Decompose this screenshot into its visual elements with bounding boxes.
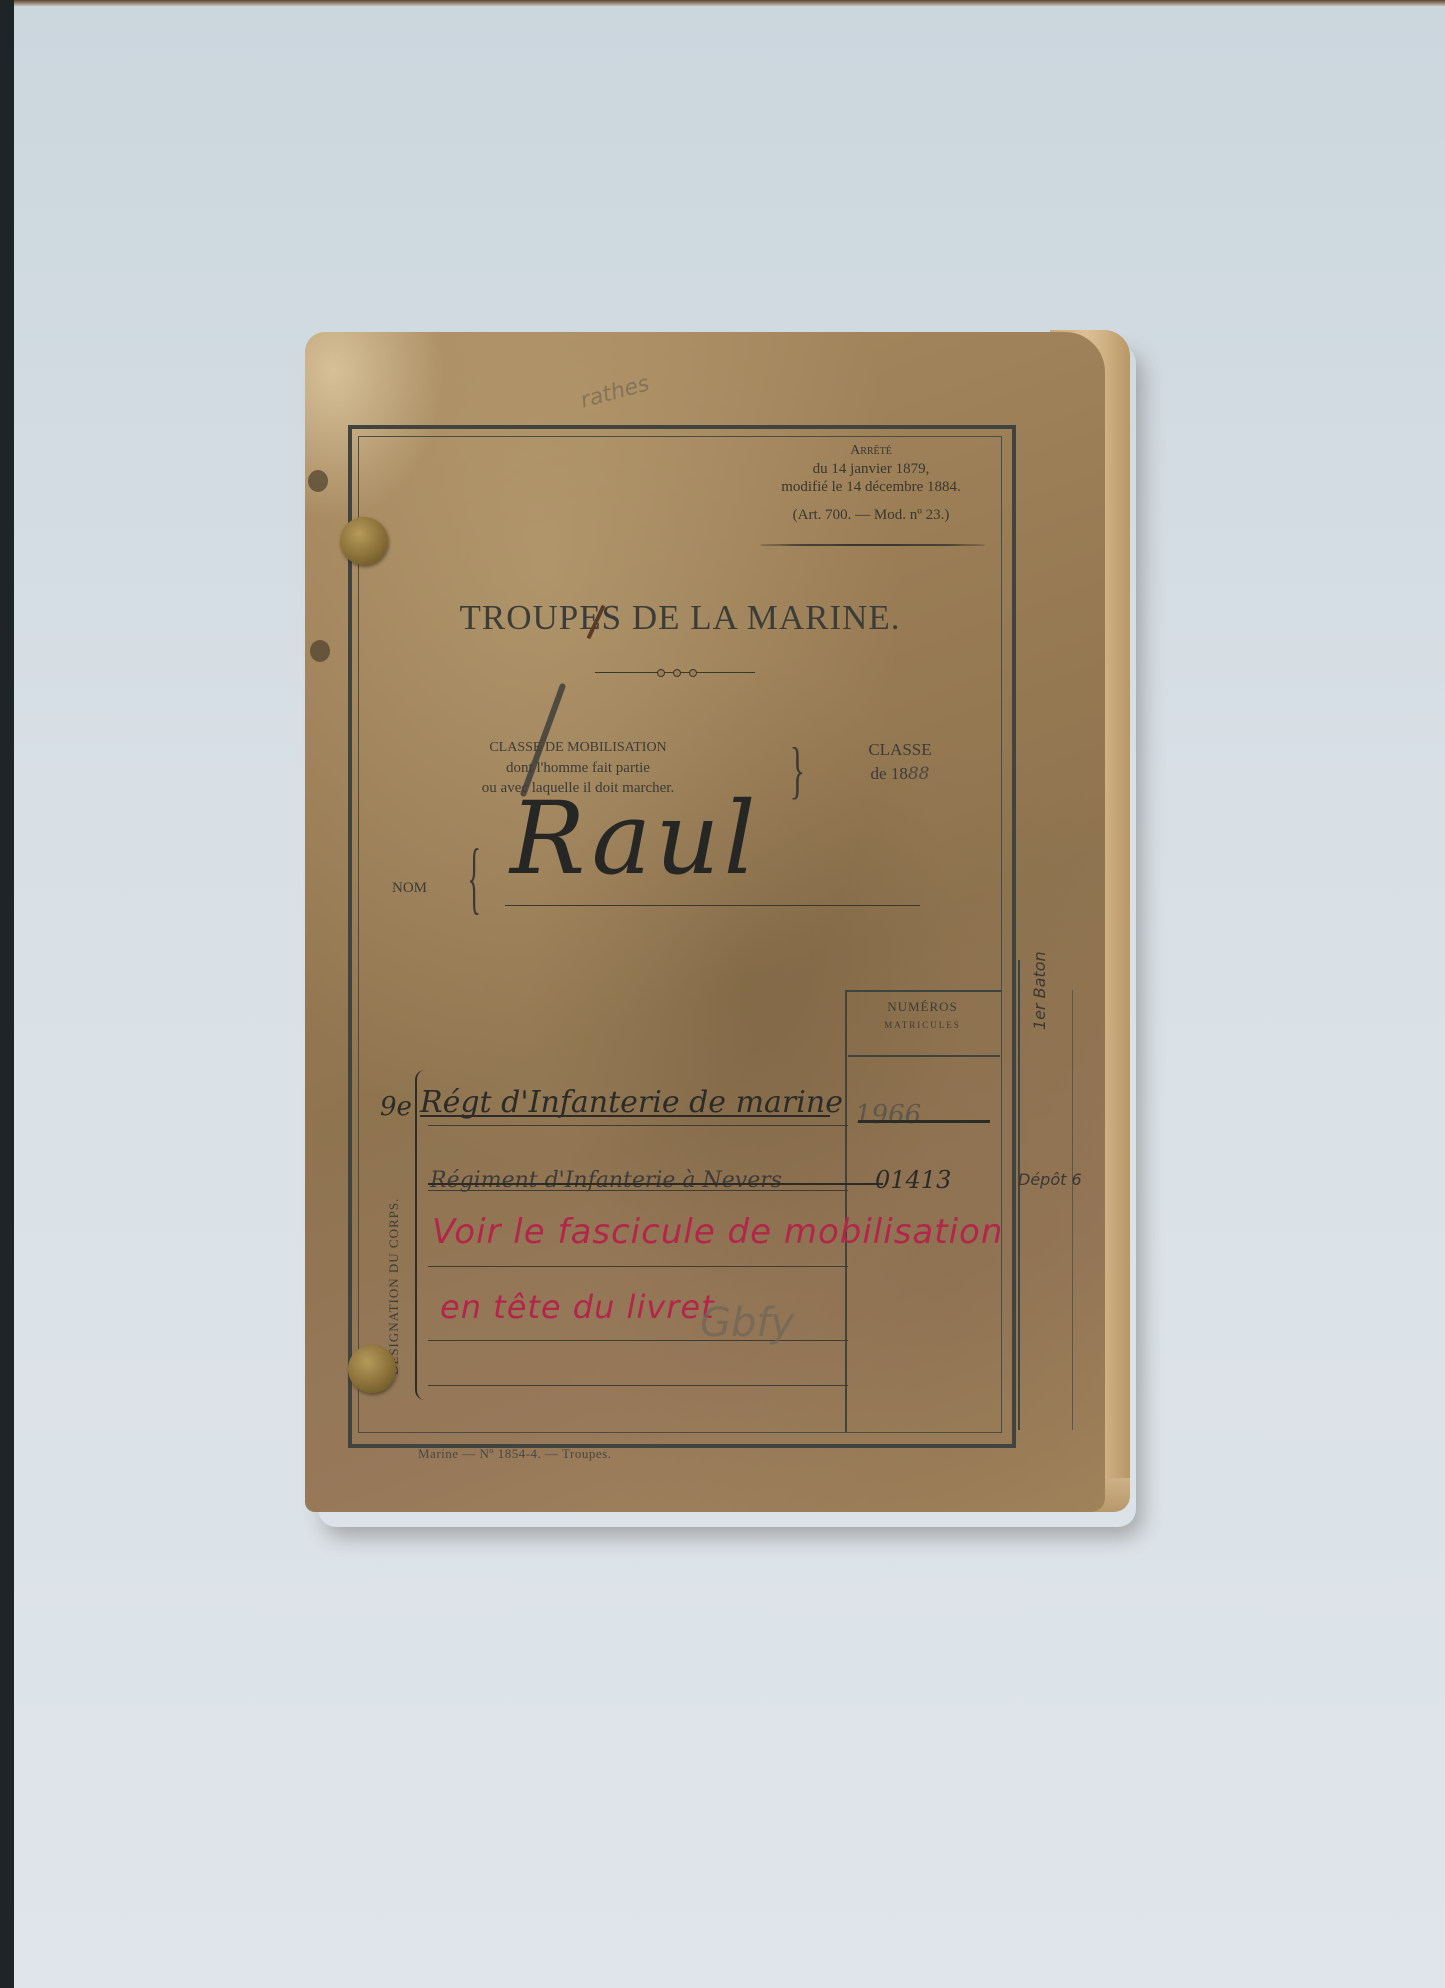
strikethrough-line2 [428,1183,883,1185]
brace-glyph: } [790,738,805,802]
ruled-line-1 [428,1125,848,1126]
nom-brace-glyph: { [467,838,480,918]
frame-column-line [1018,960,1020,1430]
designation-label: DÉSIGNATION DU CORPS. [386,1198,402,1375]
numeros-heading-label: NUMÉROS [845,998,1000,1016]
ruled-line-5 [428,1385,848,1386]
nom-label: NOM [392,880,427,897]
strikethrough-line1 [420,1115,830,1117]
binding-hole-middle [310,640,330,662]
ruled-line-3 [428,1266,848,1267]
arrete-block: Arrêté du 14 janvier 1879, modifié le 14… [740,442,1002,524]
strikethrough-matricule-1 [858,1120,990,1123]
designation-line1-prefix: 9e [380,1092,412,1122]
matricule-entry-2: 01413 [875,1166,951,1194]
pencil-mark-center: Gbfy [700,1300,794,1346]
document-title: TROUPES DE LA MARINE. [370,598,990,638]
rivet-bottom [348,1345,396,1393]
arrete-rule [760,544,985,546]
classe-block: CLASSE de 1888 [850,738,950,786]
rivet-top [340,517,388,565]
scanner-edge-top [14,0,1445,6]
printer-imprint: Marine — Nº 1854-4. — Troupes. [418,1446,611,1462]
classe-prefix: de 18 [871,764,908,783]
arrete-line1: du 14 janvier 1879, [740,460,1002,478]
numeros-heading: NUMÉROS MATRICULES [845,998,1000,1034]
classe-label: CLASSE [850,738,950,762]
nom-value-handwritten: Raul [510,780,760,897]
designation-line2: Régiment d'Infanterie à Nevers [430,1168,782,1193]
numeros-subheading-label: MATRICULES [845,1016,1000,1034]
matricule-entry-1: 1966 [855,1100,921,1130]
red-note-line2: en tête du livret [440,1288,715,1326]
classe-year-handwritten: 88 [908,764,930,784]
binding-hole-top [308,470,328,492]
side-note-depot: Dépôt 6 [1018,1170,1082,1189]
mobilisation-label-line2: dont l'homme fait partie [448,758,708,778]
arrete-ref: (Art. 700. — Mod. nº 23.) [740,506,1002,524]
red-note-line1: Voir le fascicule de mobilisation [432,1212,1003,1252]
side-note-bataillon: 1er Baton [1030,951,1049,1030]
arrete-label: Arrêté [740,442,1002,460]
margin-column-line [1072,990,1073,1430]
numeros-rule [848,1055,1000,1057]
nom-underline [505,905,920,906]
ornament-divider [595,668,755,678]
scanner-edge-left [0,0,14,1988]
mobilisation-label-line1: CLASSE DE MOBILISATION [448,738,708,758]
arrete-line2: modifié le 14 décembre 1884. [740,478,1002,496]
